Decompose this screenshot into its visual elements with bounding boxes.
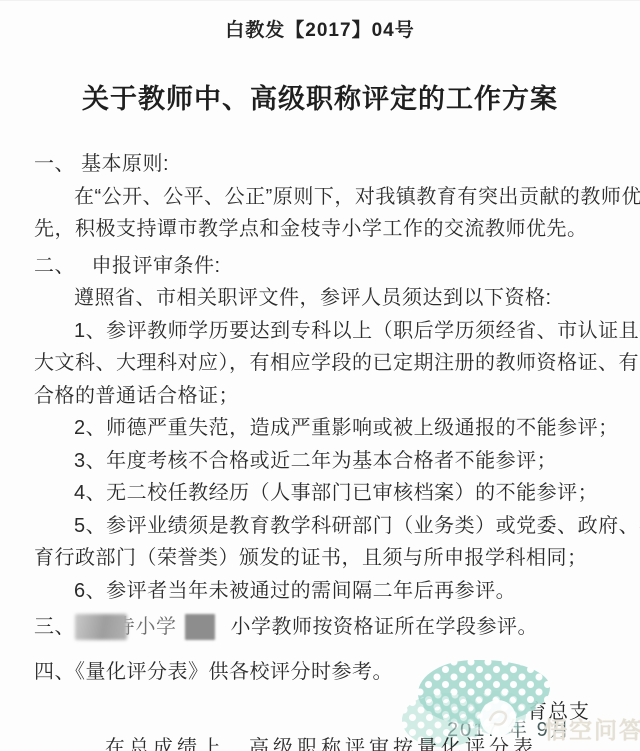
document-line: 6、参评者当年未被通过的需间隔二年后再参评。 <box>34 575 606 608</box>
document-line: 在“公开、公平、公正”原则下，对我镇教育有突出贡献的教师优 <box>34 181 606 214</box>
document-line: 遵照省、市相关职评文件，参评人员须达到以下资格: <box>34 282 606 315</box>
document-line: 大文科、大理科对应），有相应学段的已定期注册的教师资格证、有 <box>34 347 606 380</box>
document-line: 二、 申报评审条件: <box>34 250 606 283</box>
doc-title: 关于教师中、高级职称评定的工作方案 <box>0 84 640 114</box>
redaction-blur-dark <box>185 614 215 640</box>
document-line: 2、师德严重失范，造成严重影响或被上级通报的不能参评； <box>34 412 606 445</box>
wukong-logo-icon <box>480 700 516 736</box>
redaction-blur-light <box>75 614 127 640</box>
clipped-bottom-line: 在总成绩上，高级职称评审按量化评分表 <box>105 737 537 751</box>
document-page: 白教发【2017】04号 关于教师中、高级职称评定的工作方案 一、 基本原则:在… <box>0 0 640 751</box>
document-line: 4、无二校任教经历（人事部门已审核档案）的不能参评； <box>34 477 606 510</box>
document-line: 育行政部门（荣誉类）颁发的证书，且须与所申报学科相同； <box>34 542 606 575</box>
watermark-wukong: 悟空问答 <box>544 712 640 745</box>
document-line: 合格的普通话合格证； <box>34 380 606 413</box>
document-line: 5、参评业绩须是教育教学科研部门（业务类）或党委、政府、教 <box>34 510 606 543</box>
document-body: 一、 基本原则:在“公开、公平、公正”原则下，对我镇教育有突出贡献的教师优先，积… <box>0 148 640 607</box>
document-line: 先，积极支持谭市教学点和金枝寺小学工作的交流教师优先。 <box>34 213 606 246</box>
section-3-line: 三、寺小学 小学教师按资格证所在学段参评。 <box>0 611 640 644</box>
document-line: 3、年度考核不合格或近二年为基本合格者不能参评； <box>34 445 606 478</box>
section-3-prefix: 三、 <box>34 611 75 644</box>
doc-number: 白教发【2017】04号 <box>0 19 640 43</box>
document-line: 1、参评教师学历要达到专科以上（职后学历须经省、市认证且按 <box>34 315 606 348</box>
section-3-text: 小学教师按资格证所在学段参评。 <box>225 611 539 644</box>
document-line: 一、 基本原则: <box>34 148 606 181</box>
